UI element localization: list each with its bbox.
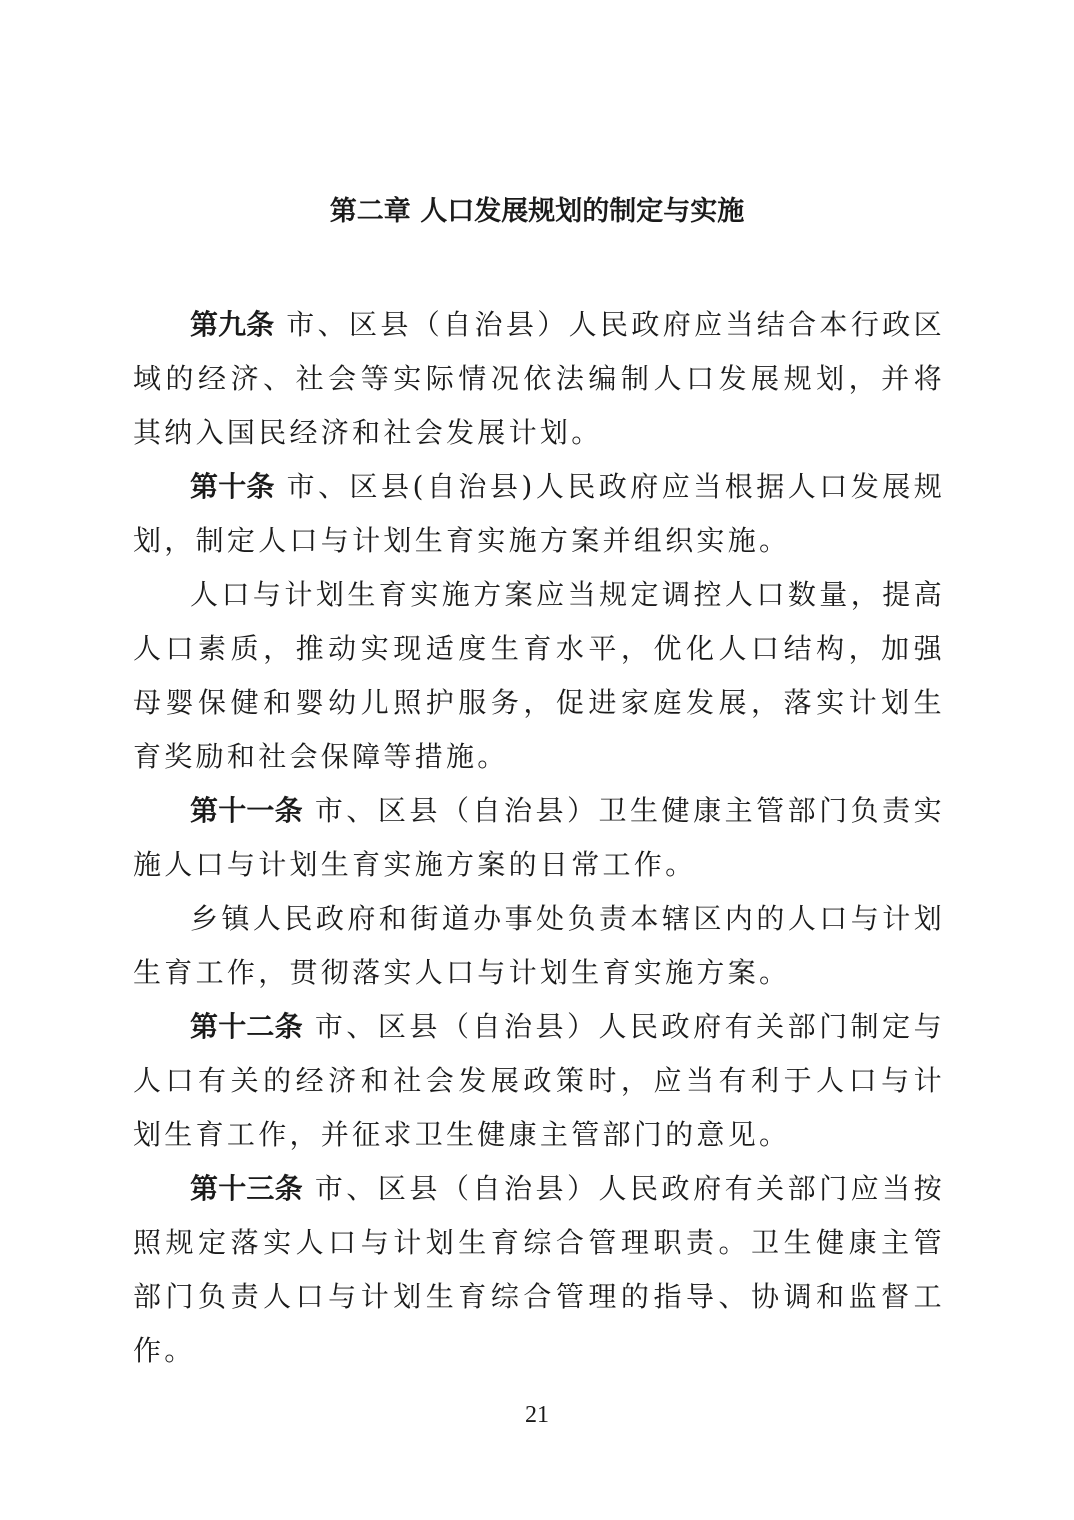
article-12: 第十二条市、区县（自治县）人民政府有关部门制定与人口有关的经济和社会发展政策时，…	[133, 1000, 945, 1162]
paragraph-text: 乡镇人民政府和街道办事处负责本辖区内的人口与计划生育工作，贯彻落实人口与计划生育…	[133, 902, 945, 989]
article-11: 第十一条市、区县（自治县）卫生健康主管部门负责实施人口与计划生育实施方案的日常工…	[133, 784, 945, 892]
document-page: 第二章 人口发展规划的制定与实施 第九条市、区县（自治县）人民政府应当结合本行政…	[0, 0, 1074, 1520]
article-10: 第十条市、区县(自治县)人民政府应当根据人口发展规划，制定人口与计划生育实施方案…	[133, 460, 945, 568]
article-number: 第十条	[190, 470, 275, 503]
article-9: 第九条市、区县（自治县）人民政府应当结合本行政区域的经济、社会等实际情况依法编制…	[133, 298, 945, 460]
chapter-title: 第二章 人口发展规划的制定与实施	[0, 192, 1074, 232]
article-number: 第十三条	[190, 1172, 303, 1205]
paragraph-text: 人口与计划生育实施方案应当规定调控人口数量，提高人口素质，推动实现适度生育水平，…	[133, 578, 945, 773]
document-body: 第九条市、区县（自治县）人民政府应当结合本行政区域的经济、社会等实际情况依法编制…	[133, 298, 945, 1378]
article-number: 第十二条	[190, 1010, 303, 1043]
article-number: 第九条	[190, 308, 274, 341]
article-number: 第十一条	[190, 794, 303, 827]
article-11-paragraph-2: 乡镇人民政府和街道办事处负责本辖区内的人口与计划生育工作，贯彻落实人口与计划生育…	[133, 892, 945, 1000]
article-13: 第十三条市、区县（自治县）人民政府有关部门应当按照规定落实人口与计划生育综合管理…	[133, 1162, 945, 1378]
article-10-paragraph-2: 人口与计划生育实施方案应当规定调控人口数量，提高人口素质，推动实现适度生育水平，…	[133, 568, 945, 784]
page-number: 21	[0, 1400, 1074, 1430]
